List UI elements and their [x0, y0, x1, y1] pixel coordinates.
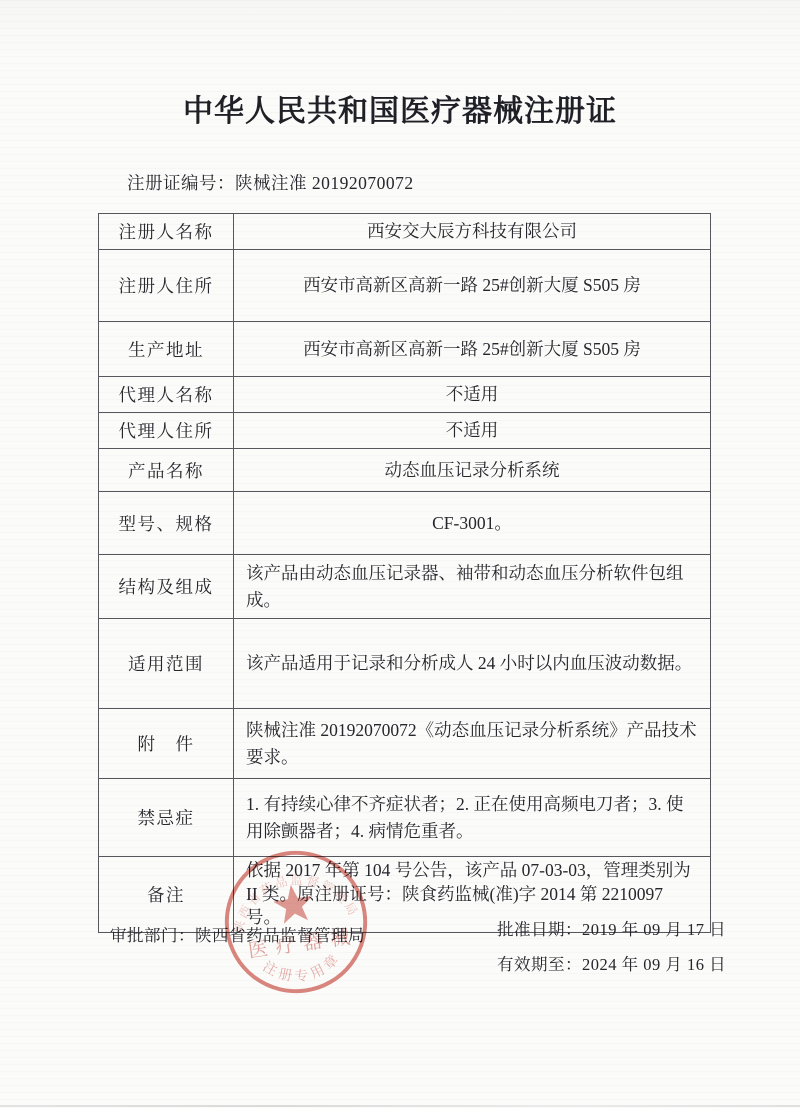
valid-until-value: 2024 年 09 月 16 日 — [582, 955, 726, 974]
table-row-structure: 结构及组成 该产品由动态血压记录器、袖带和动态血压分析软件包组成。 — [99, 555, 711, 619]
registration-number-value: 陕械注准 20192070072 — [235, 173, 414, 193]
valid-until-date: 有效期至：2024 年 09 月 16 日 — [497, 951, 726, 975]
table-row-attachment: 附 件 陕械注准 20192070072《动态血压记录分析系统》产品技术要求。 — [99, 709, 711, 779]
table-row-production-address: 生产地址 西安市高新区高新一路 25#创新大厦 S505 房 — [99, 322, 711, 377]
registration-number-line: 注册证编号：陕械注准 20192070072 — [127, 170, 414, 195]
approval-date-label: 批准日期： — [497, 920, 582, 939]
row-value: 1. 有持续心律不齐症状者；2. 正在使用高频电刀者；3. 使用除颤器者；4. … — [234, 779, 711, 857]
row-label: 禁忌症 — [99, 779, 234, 857]
row-value: 不适用 — [234, 377, 711, 413]
table-row-model-spec: 型号、规格 CF-3001。 — [99, 492, 711, 555]
seal-bottom-text: 注册专用章 — [259, 947, 347, 989]
table-row-agent-name: 代理人名称 不适用 — [99, 377, 711, 413]
row-label: 结构及组成 — [99, 555, 234, 619]
row-label: 代理人名称 — [99, 377, 234, 413]
table-row-product-name: 产品名称 动态血压记录分析系统 — [99, 449, 711, 492]
row-label: 附 件 — [99, 709, 234, 779]
row-value: 动态血压记录分析系统 — [234, 449, 711, 492]
row-label: 注册人住所 — [99, 250, 234, 322]
row-value: 该产品适用于记录和分析成人 24 小时以内血压波动数据。 — [234, 619, 711, 709]
row-value: 不适用 — [234, 413, 711, 449]
certificate-page: 中华人民共和国医疗器械注册证 注册证编号：陕械注准 20192070072 注册… — [0, 0, 800, 1108]
table-row-registrant-address: 注册人住所 西安市高新区高新一路 25#创新大厦 S505 房 — [99, 250, 711, 322]
row-label: 型号、规格 — [99, 492, 234, 555]
approval-department: 审批部门：陕西省药品监督管理局 — [110, 922, 365, 946]
table-row-registrant-name: 注册人名称 西安交大辰方科技有限公司 — [99, 214, 711, 250]
registration-number-label: 注册证编号： — [127, 173, 235, 193]
approval-date-value: 2019 年 09 月 17 日 — [582, 920, 726, 939]
page-title: 中华人民共和国医疗器械注册证 — [0, 86, 800, 130]
row-label: 生产地址 — [99, 322, 234, 377]
valid-until-label: 有效期至： — [497, 955, 582, 974]
row-value: 陕械注准 20192070072《动态血压记录分析系统》产品技术要求。 — [234, 709, 711, 779]
row-value: CF-3001。 — [234, 492, 711, 555]
row-label: 适用范围 — [99, 619, 234, 709]
row-value: 该产品由动态血压记录器、袖带和动态血压分析软件包组成。 — [234, 555, 711, 619]
certificate-table: 注册人名称 西安交大辰方科技有限公司 注册人住所 西安市高新区高新一路 25#创… — [98, 213, 711, 933]
row-label: 注册人名称 — [99, 214, 234, 250]
table-row-agent-address: 代理人住所 不适用 — [99, 413, 711, 449]
approval-date: 批准日期：2019 年 09 月 17 日 — [497, 916, 726, 940]
svg-text:注册专用章: 注册专用章 — [259, 947, 347, 989]
approval-department-label: 审批部门： — [110, 926, 195, 945]
row-value: 西安交大辰方科技有限公司 — [234, 214, 711, 250]
table-row-scope: 适用范围 该产品适用于记录和分析成人 24 小时以内血压波动数据。 — [99, 619, 711, 709]
row-value: 西安市高新区高新一路 25#创新大厦 S505 房 — [234, 250, 711, 322]
row-value: 西安市高新区高新一路 25#创新大厦 S505 房 — [234, 322, 711, 377]
row-label: 备注 — [99, 857, 234, 932]
table-row-contraindications: 禁忌症 1. 有持续心律不齐症状者；2. 正在使用高频电刀者；3. 使用除颤器者… — [99, 779, 711, 857]
row-label: 产品名称 — [99, 449, 234, 492]
approval-department-value: 陕西省药品监督管理局 — [195, 926, 365, 945]
row-label: 代理人住所 — [99, 413, 234, 449]
